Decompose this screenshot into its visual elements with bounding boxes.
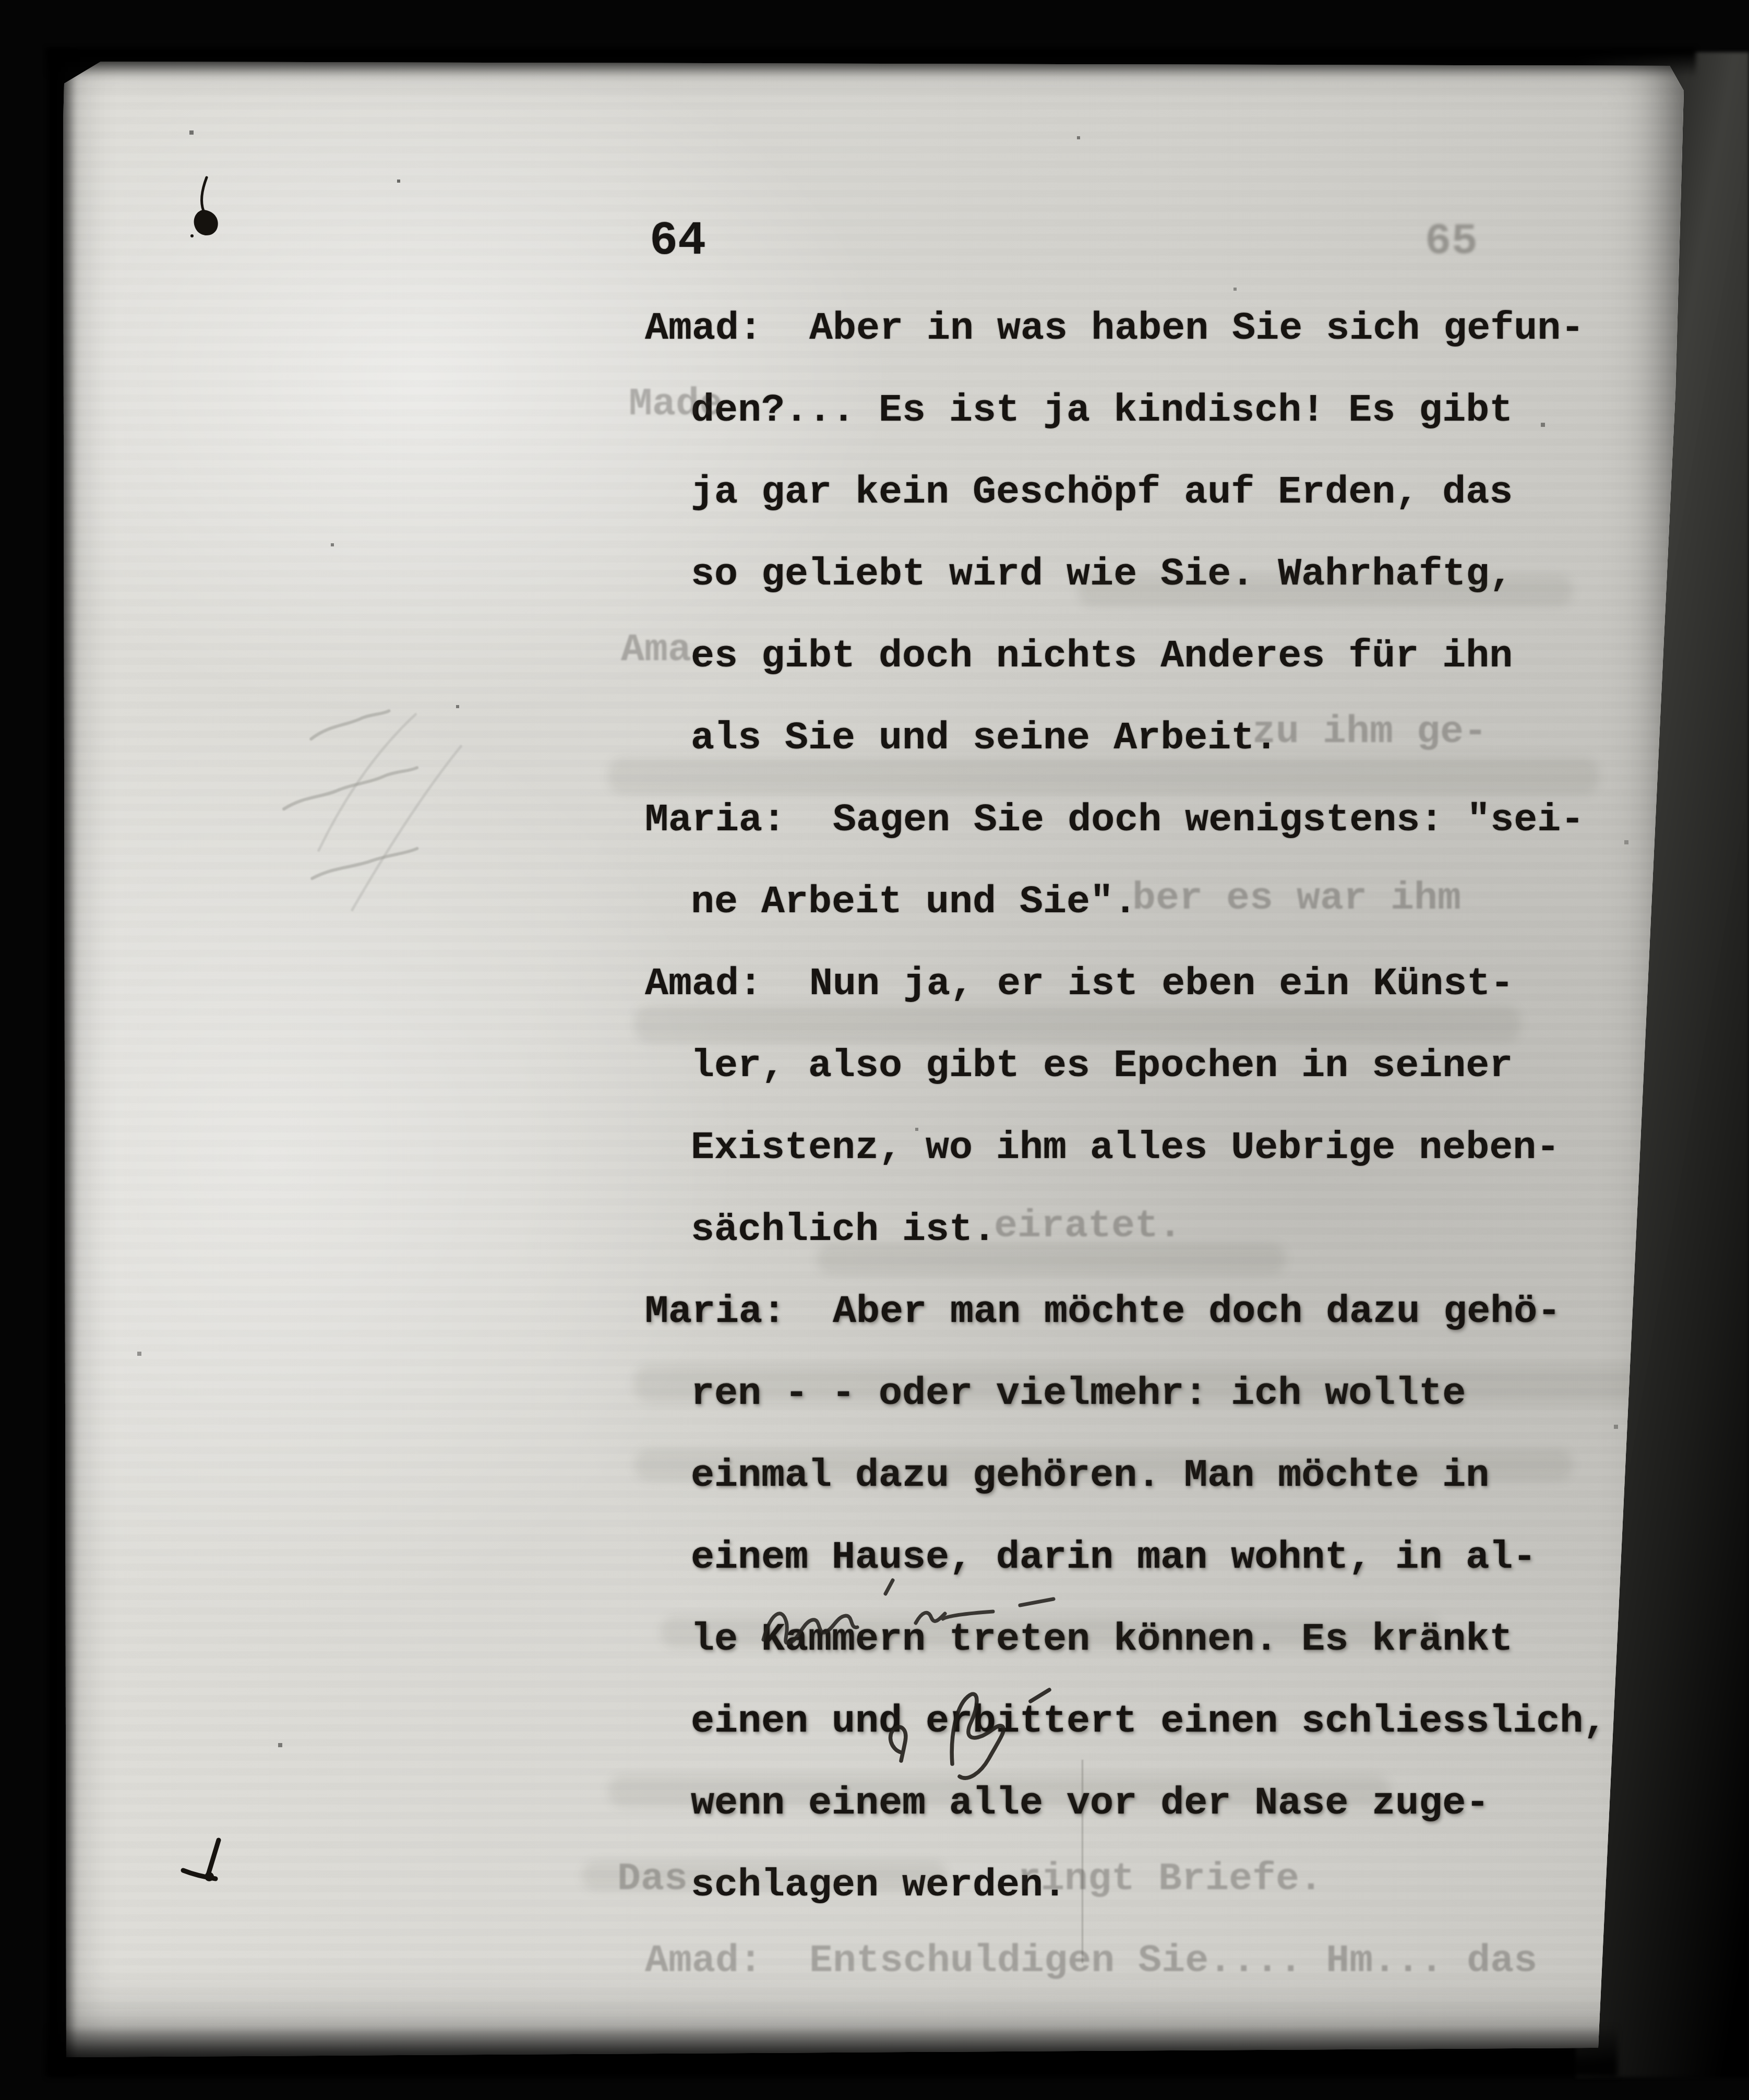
dialogue-line: ler, also gibt es Epochen in seiner (691, 1037, 1513, 1095)
ink-blot-mark (183, 169, 230, 247)
scanner-black-background: 64 65 Amad: Aber in was haben Sie sich g… (0, 0, 1749, 2100)
bottom-shadow-fade (47, 2025, 1618, 2077)
dialogue-line: Existenz, wo ihm alles Uebrige neben- (691, 1119, 1560, 1177)
dialogue-line: Maria: Aber man möchte doch dazu gehö- (645, 1283, 1561, 1341)
ghost-text-fragment: Ama (621, 628, 691, 672)
dialogue-line: Amad: Nun ja, er ist eben ein Künst- (645, 956, 1514, 1013)
dialogue-line: ne Arbeit und Sie". (691, 874, 1137, 931)
ghost-page-number: 65 (1425, 217, 1478, 267)
bleedthrough-smear (634, 1006, 1521, 1042)
scanned-manuscript-screenshot: { "page_numbers": { "current": "64", "gh… (0, 0, 1749, 2100)
handwritten-insertion-1 (749, 1561, 1072, 1687)
pencil-margin-note (257, 671, 552, 944)
dialogue-line: es gibt doch nichts Anderes für ihn (691, 628, 1513, 685)
top-shadow-fade (47, 48, 1696, 77)
ghost-text-fragment: eiratet. (994, 1204, 1182, 1248)
ink-check-mark (171, 1831, 259, 1899)
dialogue-line: Amad: Aber in was haben Sie sich gefun- (645, 300, 1584, 357)
bleedthrough-smear (582, 1862, 947, 1890)
ghost-text-fragment: Made (629, 382, 723, 426)
left-shadow-fade (48, 52, 77, 2072)
dialogue-line: Maria: Sagen Sie doch wenigstens: "sei- (645, 792, 1584, 849)
dialogue-text-block: Amad: Aber in was haben Sie sich gefun-d… (645, 300, 1686, 2022)
handwritten-insertion-2 (874, 1680, 1093, 1785)
dialogue-line: den?... Es ist ja kindisch! Es gibt (691, 382, 1513, 439)
ghost-text-fragment: zu ihm ge- (1252, 710, 1487, 754)
bleedthrough-smear (1077, 575, 1573, 606)
ghost-text-fragment: ber es war ihm (1132, 876, 1461, 921)
manuscript-page: 64 65 Amad: Aber in was haben Sie sich g… (60, 58, 1686, 2058)
ghost-text-fragment: Amad: Entschuldigen Sie.... Hm... das (645, 1939, 1537, 1983)
page-number: 64 (650, 215, 706, 268)
bleedthrough-smear (608, 758, 1599, 794)
paper-scratch-line (1082, 1760, 1083, 1963)
bleedthrough-smear (817, 1243, 1286, 1274)
dialogue-line: einen und erbittert einen schliesslich, (691, 1693, 1607, 1750)
ghost-text-fragment: ringt Briefe. (1017, 1857, 1323, 1901)
bleedthrough-smear (634, 1366, 1651, 1402)
dialogue-line: ja gar kein Geschöpf auf Erden, das (691, 464, 1513, 521)
bleedthrough-smear (634, 1449, 1573, 1481)
